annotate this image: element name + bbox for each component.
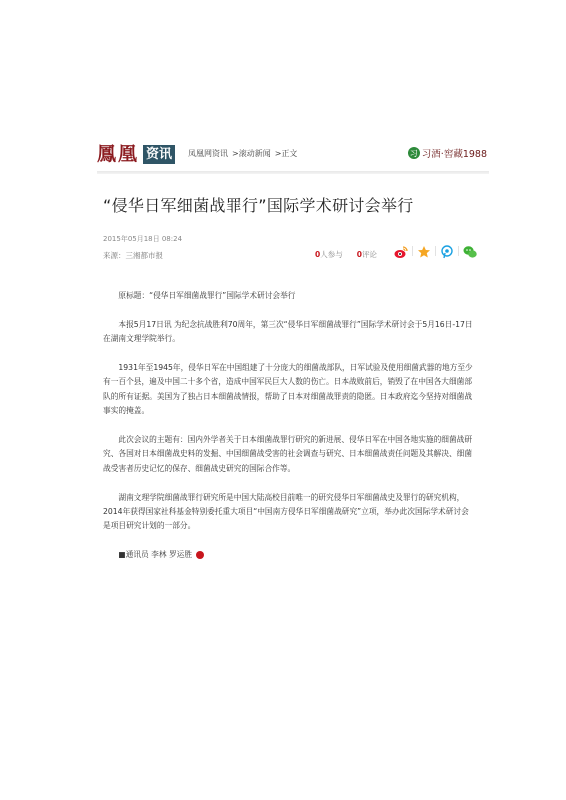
article-source: 来源：三湘都市报 (103, 250, 163, 261)
ifeng-logo[interactable]: 鳳凰 资讯 (97, 143, 175, 165)
share-bar (394, 244, 477, 258)
circle-logo-icon: 习 (408, 147, 420, 159)
breadcrumb: 凤凰网资讯 >滚动新闻 >正文 (188, 148, 297, 159)
article-stats: 0人参与 0评论 (315, 249, 377, 260)
paragraph: 本报5月17日讯 为纪念抗战胜利70周年，第三次“侵华日军细菌战罪行”国际学术研… (103, 318, 475, 347)
participants-stat[interactable]: 0人参与 (315, 249, 343, 260)
header-divider (97, 171, 489, 174)
paragraph: 湖南文理学院细菌战罪行研究所是中国大陆高校目前唯一的研究侵华日军细菌战史及罪行的… (103, 491, 475, 534)
star-icon[interactable] (417, 244, 431, 258)
article-title: “侵华日军细菌战罪行”国际学术研讨会举行 (103, 193, 414, 216)
article-body: 原标题：“侵华日军细菌战罪行”国际学术研讨会举行 本报5月17日讯 为纪念抗战胜… (103, 289, 475, 577)
share-separator (412, 246, 413, 256)
tencent-weibo-icon[interactable] (440, 244, 454, 258)
comments-label: 评论 (362, 250, 377, 259)
participants-label: 人参与 (320, 250, 343, 259)
share-separator (458, 246, 459, 256)
breadcrumb-item-news[interactable]: >滚动新闻 (232, 148, 271, 159)
site-header: 鳳凰 资讯 凤凰网资讯 >滚动新闻 >正文 习 习酒·窖藏1988 (97, 143, 487, 167)
ad-text: 习酒·窖藏1988 (422, 146, 487, 160)
breadcrumb-item-current: >正文 (275, 148, 298, 159)
logo-text: 鳳凰 (97, 143, 139, 165)
paragraph: 此次会议的主题有：国内外学者关于日本细菌战罪行研究的新进展、侵华日军在中国各地实… (103, 433, 475, 476)
weibo-icon[interactable] (394, 244, 408, 258)
byline-text: ■通讯员 李林 罗运胜 (103, 548, 192, 562)
comments-stat[interactable]: 0评论 (357, 249, 377, 260)
editor-stamp-icon (196, 551, 204, 559)
logo-badge: 资讯 (143, 145, 175, 164)
paragraph: 1931年至1945年，侵华日军在中国组建了十分庞大的细菌战部队，日军试验及使用… (103, 361, 475, 419)
article-date: 2015年05月18日 08:24 (103, 234, 182, 244)
paragraph-original-title: 原标题：“侵华日军细菌战罪行”国际学术研讨会举行 (103, 289, 475, 303)
header-ad[interactable]: 习 习酒·窖藏1988 (408, 146, 487, 160)
share-separator (435, 246, 436, 256)
byline: ■通讯员 李林 罗运胜 (103, 548, 475, 562)
wechat-icon[interactable] (463, 244, 477, 258)
breadcrumb-item-home[interactable]: 凤凰网资讯 (188, 148, 228, 159)
